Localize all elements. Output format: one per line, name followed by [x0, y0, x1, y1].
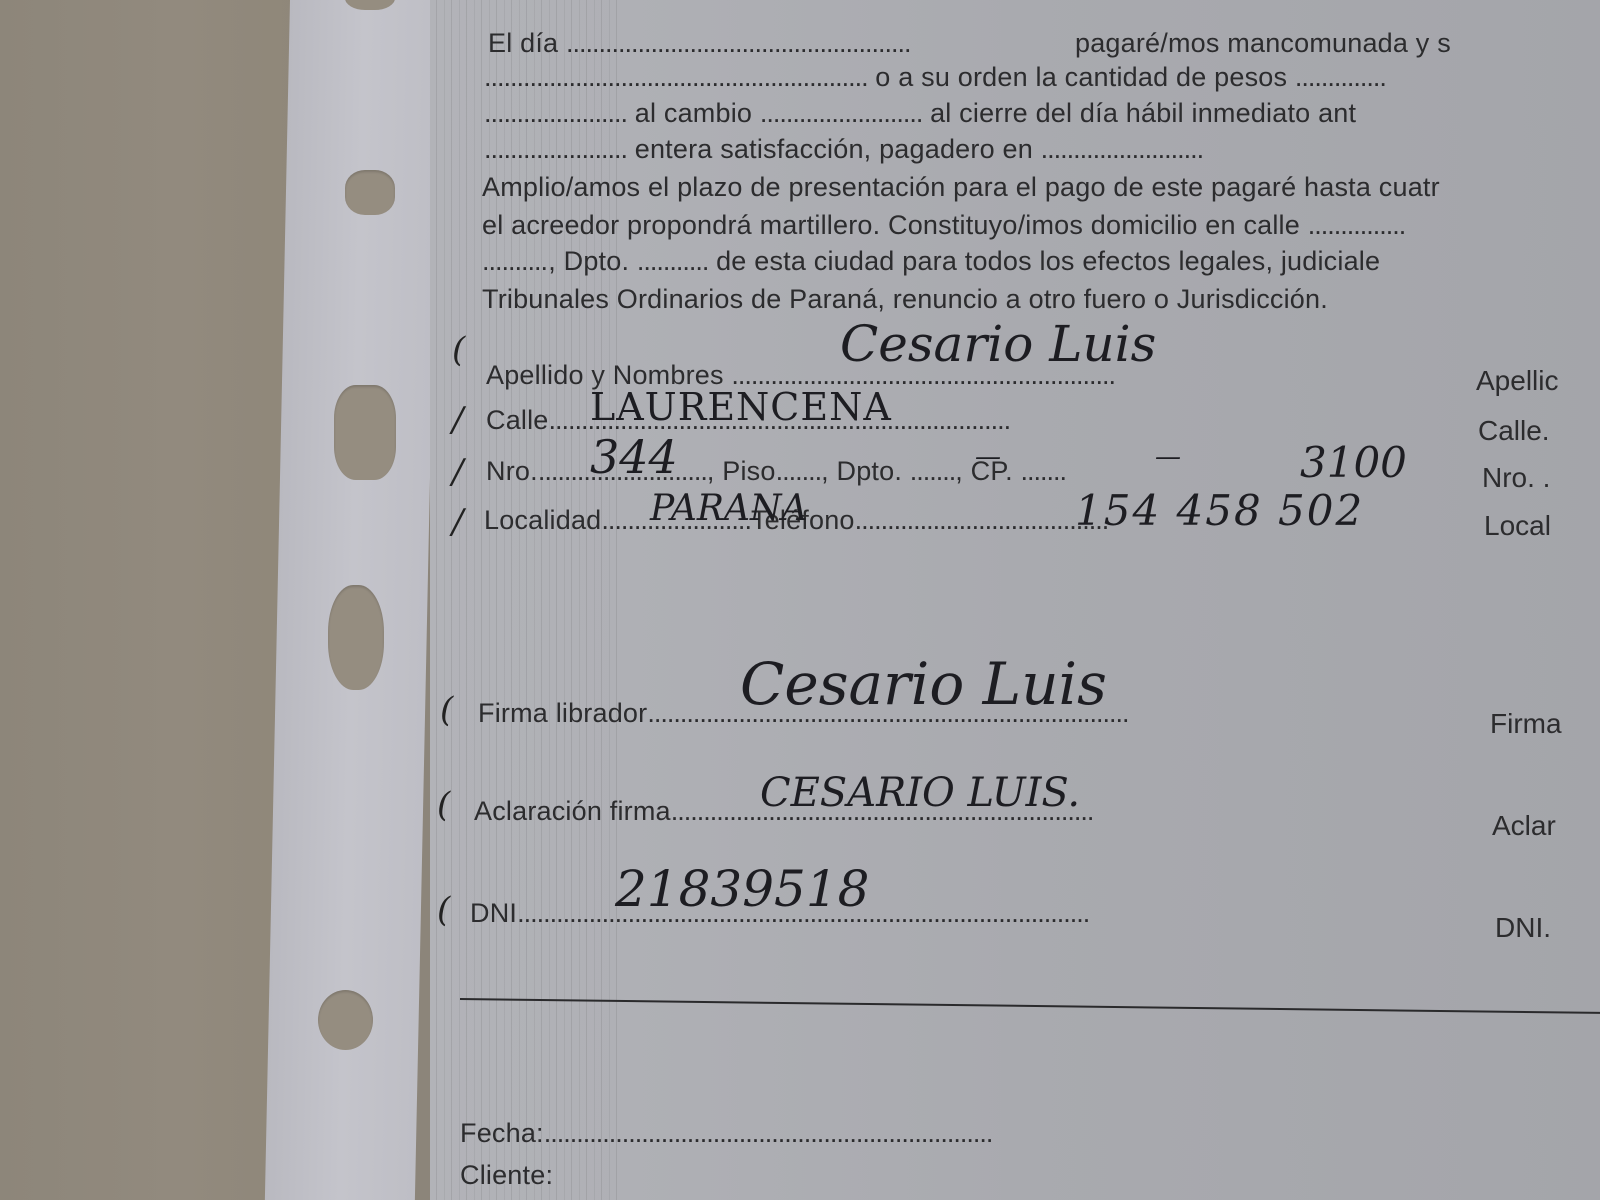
perforation-hole	[318, 990, 373, 1050]
body-line-4: ...................... entera satisfacci…	[484, 134, 1203, 165]
right-apellido-label: Apellic	[1476, 365, 1558, 397]
perforation-hole	[328, 585, 384, 690]
check-mark: (	[437, 785, 450, 825]
body-line-1a: El día .................................…	[488, 28, 911, 59]
handwritten-signature[interactable]: Cesario Luis	[740, 650, 1107, 718]
handwritten-piso-value[interactable]: —	[975, 442, 1001, 472]
check-mark: /	[452, 452, 463, 492]
background-surface	[0, 0, 300, 1200]
body-line-1b: pagaré/mos mancomunada y s	[1075, 28, 1451, 59]
handwritten-calle-value[interactable]: LAURENCENA	[590, 385, 892, 429]
body-line-3: ...................... al cambio .......…	[484, 98, 1356, 129]
body-line-2: ........................................…	[484, 62, 1386, 93]
perforation-hole	[345, 170, 395, 215]
handwritten-aclaracion-value[interactable]: CESARIO LUIS.	[760, 770, 1080, 816]
right-firma-label: Firma	[1490, 708, 1562, 740]
right-aclaracion-label: Aclar	[1492, 810, 1556, 842]
check-mark: /	[452, 502, 463, 542]
check-mark: (	[440, 690, 453, 730]
check-mark: (	[452, 330, 465, 370]
handwritten-dpto-value[interactable]: —	[1155, 442, 1181, 472]
perforation-hole	[334, 385, 396, 480]
handwritten-localidad-value[interactable]: PARANA	[650, 488, 808, 529]
handwritten-apellido-value[interactable]: Cesario Luis	[840, 315, 1156, 373]
handwritten-cp-value[interactable]: 3100	[1300, 438, 1407, 487]
body-line-5: Amplio/amos el plazo de presentación par…	[482, 172, 1440, 203]
check-mark: /	[452, 400, 463, 440]
handwritten-telefono-value[interactable]: 154 458 502	[1075, 486, 1364, 535]
handwritten-dni-value[interactable]: 21839518	[615, 860, 870, 918]
body-line-8: Tribunales Ordinarios de Paraná, renunci…	[482, 284, 1328, 315]
field-cliente: Cliente:	[460, 1160, 553, 1191]
body-line-7: .........., Dpto. ........... de esta ci…	[482, 246, 1380, 277]
body-line-6: el acreedor propondrá martillero. Consti…	[482, 210, 1405, 241]
check-mark: (	[437, 890, 450, 930]
right-localidad-label: Local	[1484, 510, 1551, 542]
right-calle-label: Calle.	[1478, 415, 1550, 447]
handwritten-nro-value[interactable]: 344	[590, 430, 678, 484]
field-fecha: Fecha:..................................…	[460, 1118, 992, 1149]
right-nro-label: Nro. .	[1482, 462, 1550, 494]
right-dni-label: DNI.	[1495, 912, 1551, 944]
